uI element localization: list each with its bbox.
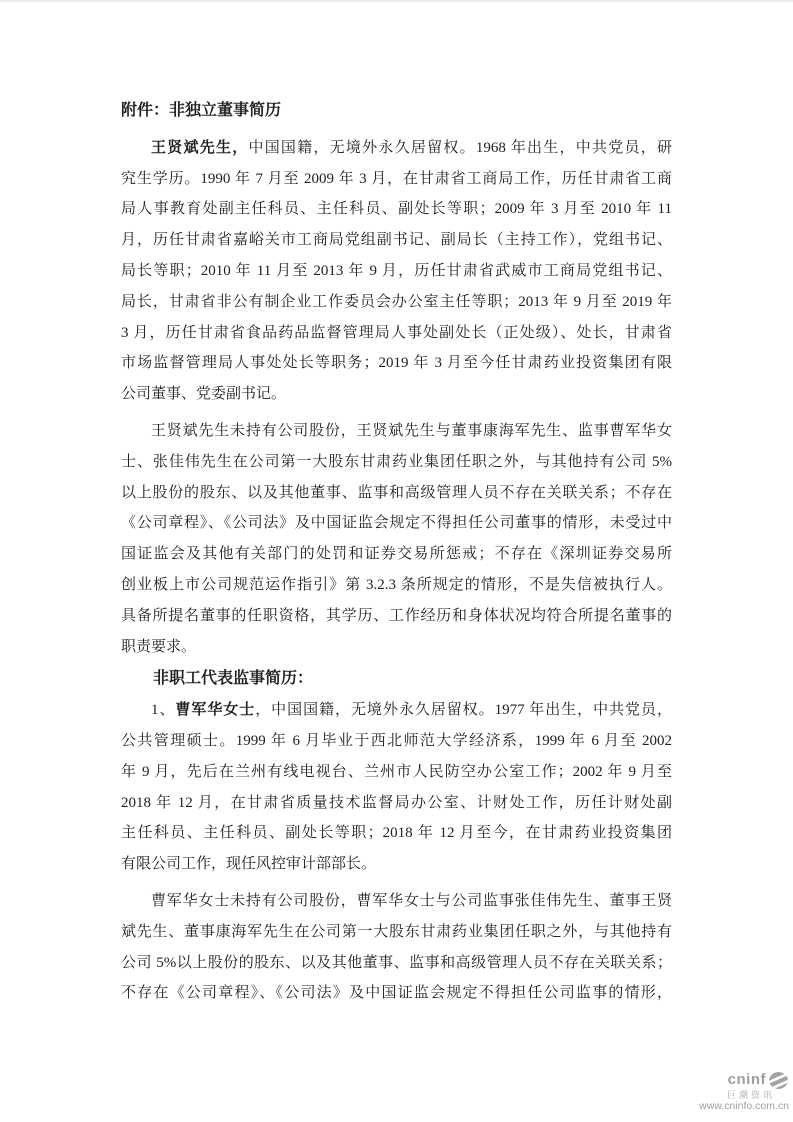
text-run: 局长，甘肃省非公有制企业工作委员会办公室主任等职；2013 年 9 月至 201…	[121, 294, 672, 310]
paragraph-line: 以上股份的股东、以及其他董事、监事和高级管理人员不存在关联关系；不存在	[121, 478, 672, 509]
text-run: 公司 5%以上股份的股东、以及其他董事、监事和高级管理人员不存在关联关系；	[121, 955, 672, 971]
text-run: 究生学历。1990 年 7 月至 2009 年 3 月，在甘肃省工商局工作，历任…	[121, 171, 672, 187]
paragraph-line: 公司董事、党委副书记。	[121, 379, 672, 410]
text-run: 国证监会及其他有关部门的处罚和证券交易所惩戒；不存在《深圳证券交易所	[121, 546, 672, 562]
text-run: 市场监督管理局人事处处长等职务；2019 年 3 月至今任甘肃药业投资集团有限	[121, 355, 672, 371]
text-run: 士、张佳伟先生在公司第一大股东甘肃药业集团任职之外，与其他持有公司 5%	[121, 454, 672, 470]
paragraph-line: 士、张佳伟先生在公司第一大股东甘肃药业集团任职之外，与其他持有公司 5%	[121, 447, 672, 478]
text-run: 局长等职；2010 年 11 月至 2013 年 9 月，历任甘肃省武威市工商局…	[121, 263, 672, 279]
cninfo-watermark: cninf 巨潮资讯 www.cninfo.com.cn	[699, 1071, 789, 1112]
paragraph-line: 年 9 月，先后在兰州有线电视台、兰州市人民防空办公室工作；2002 年 9 月…	[121, 757, 672, 788]
paragraph-line: 市场监督管理局人事处处长等职务；2019 年 3 月至今任甘肃药业投资集团有限	[121, 348, 672, 379]
paragraph-line: 1、曹军华女士，中国国籍，无境外永久居留权。1977 年出生，中共党员，	[121, 695, 672, 726]
attachment-title: 附件：非独立董事简历	[121, 96, 672, 127]
text-run: 不存在《公司章程》、《公司法》及中国证监会规定不得担任公司监事的情形，	[121, 985, 672, 1001]
text-run: 公共管理硕士。1999 年 6 月毕业于西北师范大学经济系，1999 年 6 月…	[121, 733, 672, 749]
paragraph-line: 创业板上市公司规范运作指引》第 3.2.3 条所规定的情形，不是失信被执行人。	[121, 570, 672, 601]
text-run: 王贤斌先生，	[151, 140, 248, 156]
wang-xianbin-bio: 王贤斌先生，中国国籍，无境外永久居留权。1968 年出生，中共党员，研究生学历。…	[121, 133, 672, 410]
cninfo-chinese-name: 巨潮资讯	[699, 1091, 775, 1100]
text-run: 创业板上市公司规范运作指引》第 3.2.3 条所规定的情形，不是失信被执行人。	[121, 577, 672, 593]
cninfo-brand-text: cninf	[728, 1072, 766, 1088]
paragraph-line: 《公司章程》、《公司法》及中国证监会规定不得担任公司董事的情形，未受过中	[121, 508, 672, 539]
paragraph-line: 公司 5%以上股份的股东、以及其他董事、监事和高级管理人员不存在关联关系；	[121, 948, 672, 979]
paragraph-line: 主任科员、主任科员、副处长等职；2018 年 12 月至今，在甘肃药业投资集团	[121, 818, 672, 849]
paragraph-line: 不存在《公司章程》、《公司法》及中国证监会规定不得担任公司监事的情形，	[121, 978, 672, 1009]
text-run: 有限公司工作，现任风控审计部部长。	[121, 856, 376, 872]
text-run: 中国国籍，无境外永久居留权。1968 年出生，中共党员，研	[248, 140, 672, 156]
text-run: 具备所提名董事的任职资格，其学历、工作经历和身体状况均符合所提名董事的	[121, 608, 672, 624]
text-run: 2018 年 12 月，在甘肃省质量技术监督局办公室、计财处工作，历任计财处副	[121, 795, 672, 811]
paragraph-line: 斌先生、董事康海军先生在公司第一大股东甘肃药业集团任职之外，与其他持有	[121, 917, 672, 948]
wang-xianbin-disclosure: 王贤斌先生未持有公司股份，王贤斌先生与董事康海军先生、监事曹军华女士、张佳伟先生…	[121, 416, 672, 662]
paragraph-line: 曹军华女士未持有公司股份，曹军华女士与公司监事张佳伟先生、董事王贤	[121, 886, 672, 917]
paragraph-line: 国证监会及其他有关部门的处罚和证券交易所惩戒；不存在《深圳证券交易所	[121, 539, 672, 570]
text-run: ，中国国籍，无境外永久居留权。1977 年出生，中共党员，	[255, 702, 672, 718]
text-run: 主任科员、主任科员、副处长等职；2018 年 12 月至今，在甘肃药业投资集团	[121, 825, 672, 841]
document-body: 附件：非独立董事简历 王贤斌先生，中国国籍，无境外永久居留权。1968 年出生，…	[121, 96, 672, 1009]
text-run: 王贤斌先生未持有公司股份，王贤斌先生与董事康海军先生、监事曹军华女	[151, 423, 672, 439]
paragraph-line: 有限公司工作，现任风控审计部部长。	[121, 849, 672, 880]
text-run: 以上股份的股东、以及其他董事、监事和高级管理人员不存在关联关系；不存在	[121, 485, 672, 501]
text-run: 斌先生、董事康海军先生在公司第一大股东甘肃药业集团任职之外，与其他持有	[121, 924, 672, 940]
text-run: 公司董事、党委副书记。	[121, 386, 286, 402]
cninfo-swirl-icon	[768, 1071, 789, 1090]
text-run: 职责要求。	[121, 639, 196, 655]
supervisor-section-heading: 非职工代表监事简历：	[121, 664, 672, 695]
paragraph-line: 公共管理硕士。1999 年 6 月毕业于西北师范大学经济系，1999 年 6 月…	[121, 726, 672, 757]
text-run: 月，历任甘肃省嘉峪关市工商局党组副书记、副局长（主持工作），党组书记、	[121, 232, 672, 248]
paragraph-line: 2018 年 12 月，在甘肃省质量技术监督局办公室、计财处工作，历任计财处副	[121, 788, 672, 819]
cao-junhua-bio: 1、曹军华女士，中国国籍，无境外永久居留权。1977 年出生，中共党员，公共管理…	[121, 695, 672, 880]
paragraph-line: 职责要求。	[121, 632, 672, 663]
document-blocks: 王贤斌先生，中国国籍，无境外永久居留权。1968 年出生，中共党员，研究生学历。…	[121, 133, 672, 1009]
paragraph-line: 局长，甘肃省非公有制企业工作委员会办公室主任等职；2013 年 9 月至 201…	[121, 287, 672, 318]
paragraph-line: 局人事教育处副主任科员、主任科员、副处长等职；2009 年 3 月至 2010 …	[121, 194, 672, 225]
paragraph-line: 王贤斌先生，中国国籍，无境外永久居留权。1968 年出生，中共党员，研	[121, 133, 672, 164]
paragraph-line: 月，历任甘肃省嘉峪关市工商局党组副书记、副局长（主持工作），党组书记、	[121, 225, 672, 256]
text-run: 年 9 月，先后在兰州有线电视台、兰州市人民防空办公室工作；2002 年 9 月…	[121, 764, 672, 780]
text-run: 《公司章程》、《公司法》及中国证监会规定不得担任公司董事的情形，未受过中	[121, 515, 672, 531]
paragraph-line: 局长等职；2010 年 11 月至 2013 年 9 月，历任甘肃省武威市工商局…	[121, 256, 672, 287]
text-run: 局人事教育处副主任科员、主任科员、副处长等职；2009 年 3 月至 2010 …	[121, 201, 672, 217]
paragraph-line: 王贤斌先生未持有公司股份，王贤斌先生与董事康海军先生、监事曹军华女	[121, 416, 672, 447]
cninfo-brand-row: cninf	[699, 1071, 789, 1090]
paragraph-line: 3 月，历任甘肃省食品药品监督管理局人事处副处长（正处级）、处长，甘肃省	[121, 318, 672, 349]
text-run: 曹军华女士未持有公司股份，曹军华女士与公司监事张佳伟先生、董事王贤	[151, 893, 672, 909]
paragraph-line: 具备所提名董事的任职资格，其学历、工作经历和身体状况均符合所提名董事的	[121, 601, 672, 632]
text-run: 1、	[151, 702, 175, 718]
text-run: 3 月，历任甘肃省食品药品监督管理局人事处副处长（正处级）、处长，甘肃省	[121, 325, 672, 341]
cao-junhua-disclosure: 曹军华女士未持有公司股份，曹军华女士与公司监事张佳伟先生、董事王贤斌先生、董事康…	[121, 886, 672, 1009]
document-page: 附件：非独立董事简历 王贤斌先生，中国国籍，无境外永久居留权。1968 年出生，…	[0, 0, 793, 1122]
paragraph-line: 究生学历。1990 年 7 月至 2009 年 3 月，在甘肃省工商局工作，历任…	[121, 164, 672, 195]
cninfo-url: www.cninfo.com.cn	[699, 1101, 789, 1112]
text-run: 曹军华女士	[175, 702, 255, 718]
